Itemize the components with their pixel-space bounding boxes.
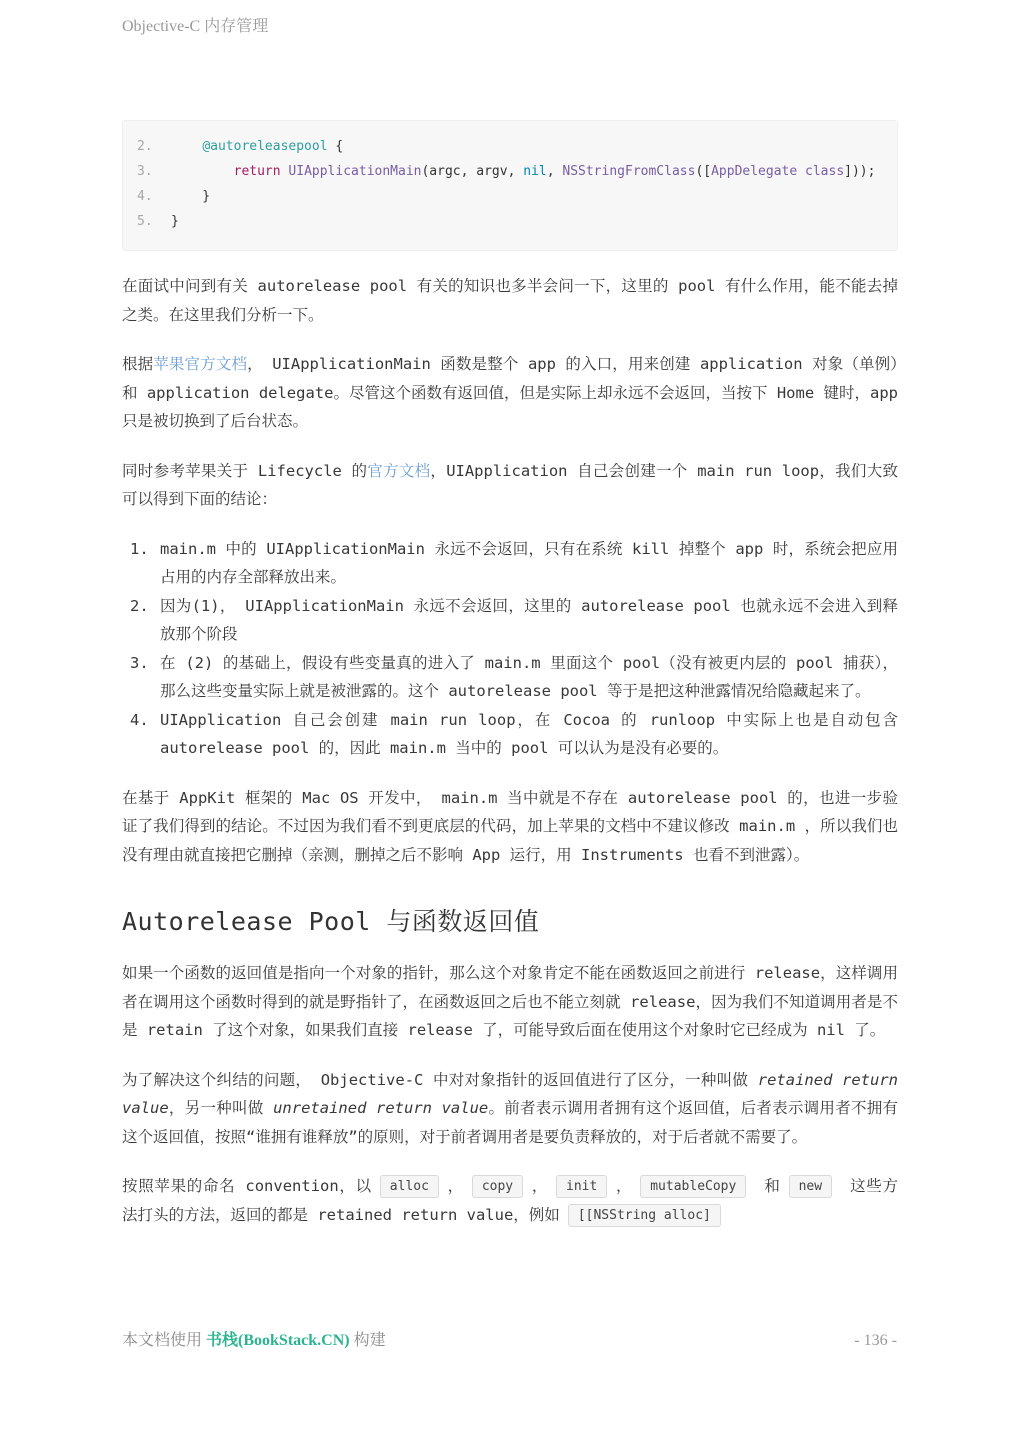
text-run: 同时参考苹果关于 Lifecycle 的 bbox=[122, 462, 367, 480]
content-column: Objective-C 内存管理 2. @autoreleasepool {3.… bbox=[122, 0, 898, 1229]
line-number: 3. bbox=[137, 159, 171, 184]
code-token-plain: } bbox=[171, 214, 179, 229]
code-text: } bbox=[171, 209, 179, 234]
inline-link[interactable]: 苹果官方文档 bbox=[153, 355, 247, 373]
text-run: 在 (2) 的基础上，假设有些变量真的进入了 main.m 里面这个 pool（… bbox=[160, 654, 898, 701]
code-token-plain: { bbox=[328, 139, 344, 154]
footer-suffix: 构建 bbox=[350, 1332, 386, 1349]
text-run: ，另一种叫做 bbox=[169, 1099, 273, 1117]
running-header-title: Objective-C 内存管理 bbox=[122, 18, 268, 35]
paragraph: 按照苹果的命名 convention，以alloc，copy，init，muta… bbox=[122, 1172, 898, 1229]
text-run: 和 bbox=[754, 1177, 780, 1195]
code-token-plain bbox=[171, 164, 234, 179]
code-token-constant: nil bbox=[523, 164, 546, 179]
text-run: 如果一个函数的返回值是指向一个对象的指针，那么这个对象肯定不能在函数返回之前进行… bbox=[122, 964, 898, 1039]
code-block: 2. @autoreleasepool {3. return UIApplica… bbox=[122, 120, 898, 251]
code-line: 2. @autoreleasepool { bbox=[137, 134, 883, 159]
inline-code-badge: new bbox=[789, 1175, 832, 1198]
text-run: 在面试中问到有关 autorelease pool 有关的知识也多半会问一下，这… bbox=[122, 277, 898, 324]
code-token-plain: , bbox=[547, 164, 563, 179]
page-footer: 本文档使用 书栈(BookStack.CN) 构建 - 136 - bbox=[122, 1327, 897, 1350]
list-item: main.m 中的 UIApplicationMain 永远不会返回，只有在系统… bbox=[158, 535, 898, 592]
code-token-plain: ([ bbox=[695, 164, 711, 179]
ordered-list: main.m 中的 UIApplicationMain 永远不会返回，只有在系统… bbox=[122, 535, 898, 763]
code-token-function: NSStringFromClass bbox=[562, 164, 695, 179]
line-number: 2. bbox=[137, 134, 171, 159]
page-number: - 136 - bbox=[854, 1332, 897, 1350]
text-run: ， bbox=[615, 1177, 632, 1195]
code-line: 3. return UIApplicationMain(argc, argv, … bbox=[137, 159, 883, 184]
code-text: @autoreleasepool { bbox=[171, 134, 343, 159]
text-run: 在基于 AppKit 框架的 Mac OS 开发中， main.m 当中就是不存… bbox=[122, 789, 898, 864]
text-run: 因为(1)， UIApplicationMain 永远不会返回，这里的 auto… bbox=[160, 597, 898, 644]
code-text: return UIApplicationMain(argc, argv, nil… bbox=[171, 159, 875, 184]
document-body: 在面试中问到有关 autorelease pool 有关的知识也多半会问一下，这… bbox=[122, 272, 898, 1229]
code-token-plain bbox=[797, 164, 805, 179]
code-token-function: UIApplicationMain bbox=[288, 164, 421, 179]
list-item: 在 (2) 的基础上，假设有些变量真的进入了 main.m 里面这个 pool（… bbox=[158, 649, 898, 706]
code-text: } bbox=[171, 184, 210, 209]
line-number: 5. bbox=[137, 209, 171, 234]
section-heading: Autorelease Pool 与函数返回值 bbox=[122, 902, 898, 938]
code-token-plain: } bbox=[171, 189, 210, 204]
inline-code-badge: mutableCopy bbox=[640, 1175, 746, 1198]
text-run: 根据 bbox=[122, 355, 153, 373]
footer-prefix: 本文档使用 bbox=[122, 1332, 206, 1349]
text-run: ， bbox=[447, 1177, 464, 1195]
code-line: 5.} bbox=[137, 209, 883, 234]
paragraph: 在基于 AppKit 框架的 Mac OS 开发中， main.m 当中就是不存… bbox=[122, 784, 898, 870]
code-token-function: AppDelegate bbox=[711, 164, 797, 179]
footer-build-note: 本文档使用 书栈(BookStack.CN) 构建 bbox=[122, 1327, 386, 1350]
list-item: 因为(1)， UIApplicationMain 永远不会返回，这里的 auto… bbox=[158, 592, 898, 649]
document-page: Objective-C 内存管理 2. @autoreleasepool {3.… bbox=[0, 0, 1019, 1440]
paragraph: 如果一个函数的返回值是指向一个对象的指针，那么这个对象肯定不能在函数返回之前进行… bbox=[122, 959, 898, 1045]
italic-term: unretained return value bbox=[273, 1099, 488, 1117]
inline-code-badge: copy bbox=[472, 1175, 523, 1198]
code-token-at: @autoreleasepool bbox=[202, 139, 327, 154]
code-token-plain bbox=[171, 139, 202, 154]
line-number: 4. bbox=[137, 184, 171, 209]
inline-code-badge: alloc bbox=[380, 1175, 439, 1198]
text-run: 按照苹果的命名 convention，以 bbox=[122, 1177, 372, 1195]
list-item: UIApplication 自己会创建 main run loop，在 Coco… bbox=[158, 706, 898, 763]
text-run: ， bbox=[531, 1177, 548, 1195]
paragraph: 为了解决这个纠结的问题， Objective-C 中对对象指针的返回值进行了区分… bbox=[122, 1066, 898, 1152]
code-lines: 2. @autoreleasepool {3. return UIApplica… bbox=[137, 134, 883, 234]
text-run: main.m 中的 UIApplicationMain 永远不会返回，只有在系统… bbox=[160, 540, 898, 587]
code-token-plain: ])); bbox=[844, 164, 875, 179]
paragraph: 在面试中问到有关 autorelease pool 有关的知识也多半会问一下，这… bbox=[122, 272, 898, 329]
inline-code-badge: [[NSString alloc] bbox=[568, 1204, 721, 1227]
text-run: UIApplication 自己会创建 main run loop，在 Coco… bbox=[160, 711, 898, 758]
code-token-plain: (argc, argv, bbox=[421, 164, 523, 179]
inline-code-badge: init bbox=[556, 1175, 607, 1198]
paragraph: 根据苹果官方文档， UIApplicationMain 函数是整个 app 的入… bbox=[122, 350, 898, 436]
code-line: 4. } bbox=[137, 184, 883, 209]
code-token-keyword: return bbox=[234, 164, 281, 179]
bookstack-brand-link[interactable]: 书栈(BookStack.CN) bbox=[206, 1332, 350, 1349]
page-header: Objective-C 内存管理 bbox=[122, 0, 898, 36]
inline-link[interactable]: 官方文档 bbox=[367, 462, 430, 480]
text-run: 为了解决这个纠结的问题， Objective-C 中对对象指针的返回值进行了区分… bbox=[122, 1071, 758, 1089]
paragraph: 同时参考苹果关于 Lifecycle 的官方文档，UIApplication 自… bbox=[122, 457, 898, 514]
code-token-function: class bbox=[805, 164, 844, 179]
